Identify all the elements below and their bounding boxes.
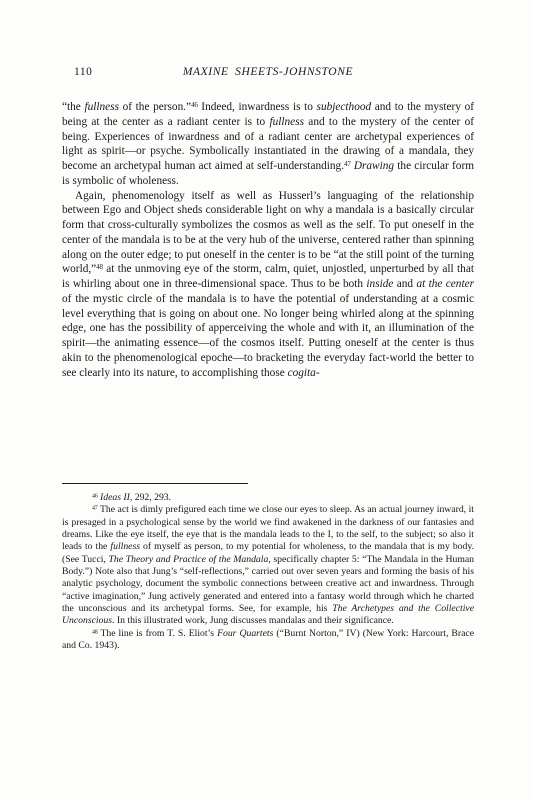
page-number: 110 bbox=[74, 66, 92, 78]
footnote-46: 46 Ideas II, 292, 293. bbox=[62, 492, 474, 504]
footnote-47: 47 The act is dimly prefigured each time… bbox=[62, 504, 474, 627]
footnote-48: 48 The line is from T. S. Eliot’s Four Q… bbox=[62, 628, 474, 653]
book-page: 110 MAXINE SHEETS-JOHNSTONE “the fullnes… bbox=[0, 0, 533, 800]
body-text: “the fullness of the person.”46 Indeed, … bbox=[62, 100, 474, 380]
running-title: MAXINE SHEETS-JOHNSTONE bbox=[62, 66, 474, 78]
paragraph-2: Again, phenomenology itself as well as H… bbox=[62, 189, 474, 381]
footnote-rule bbox=[62, 483, 248, 484]
footnotes: 46 Ideas II, 292, 293. 47 The act is dim… bbox=[62, 492, 474, 652]
running-head: 110 MAXINE SHEETS-JOHNSTONE bbox=[62, 66, 474, 82]
paragraph-1: “the fullness of the person.”46 Indeed, … bbox=[62, 100, 474, 189]
